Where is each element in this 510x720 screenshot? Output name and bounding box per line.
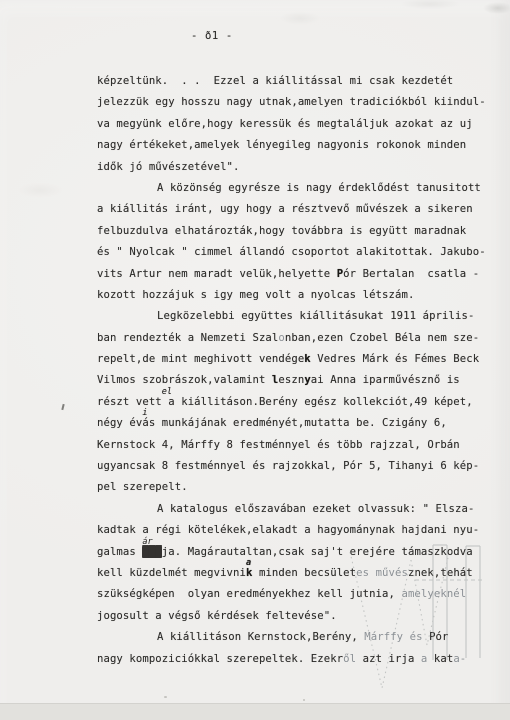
text-line: kadtak a régi kötelékek,elakadt a hagyom… [97,520,497,541]
text-line: képzeltünk. . . Ezzel a kiállitással mi … [97,71,497,92]
text-segment: képzeltünk. . . Ezzel a kiállitással mi … [97,75,453,87]
text-line: ugyancsak 8 festménnyel és rajzokkal, Pó… [97,456,497,477]
text-segment: ja. Magárautaltan,csak saj't erejére tám… [162,546,473,558]
page-number: - ð1 - [191,30,233,42]
text-segment: Márffy és [364,631,429,643]
text-segment: négy év [97,417,142,429]
text-segment: amelyeknél [401,588,466,600]
text-line: A kiállitáson Kernstock,Berény, Márffy é… [97,627,497,648]
text-line: négy éváis munkájának eredményét,mutatta… [97,413,497,434]
inserted-correction: a [246,559,251,568]
text-line: Legközelebbi együttes kiállitásukat 1911… [97,306,497,327]
text-line: Kernstock 4, Márffy 8 festménnyel és töb… [97,435,497,456]
text-segment: znek,tehát [408,567,473,579]
text-segment: azt irja [363,653,415,665]
text-segment: A katalogus előszavában ezeket olvassuk:… [157,503,474,515]
ink-speck [303,699,305,701]
text-segment: kat [434,653,453,665]
text-line: nagy kompoziciókkal szerepeltek. Ezekről… [97,649,497,670]
text-segment: Pór [429,631,448,643]
ink-speck [61,404,64,410]
text-segment: A kiállitáson Kernstock,Berény, [157,631,364,643]
text-segment: jelezzük egy hosszu nagy utnak,amelyen t… [97,96,486,108]
text-segment: eszn [278,374,304,386]
text-segment: Vilmos szobrászok,valamint [97,374,272,386]
text-line: jogosult a végső kérdések feltevése". [97,606,497,627]
text-segment: vits Artur nem maradt velük,helyette [97,268,337,280]
text-segment: pel szerepelt. [97,481,188,493]
text-segment: minden becsület [252,567,356,579]
text-line: galmas ███árja. Magárautaltan,csak saj't… [97,542,497,563]
text-segment: kozott hozzájuk s igy meg volt a nyolcas… [97,289,414,301]
text-segment: ől [343,653,362,665]
text-line: ban rendezték a Nemzeti Szalonban,ezen C… [97,328,497,349]
text-segment: ka [246,567,252,579]
inserted-correction: el [162,388,172,397]
text-line: a kiállitás iránt, ugy hogy a résztvevő … [97,199,497,220]
text-line: A közönség egyrésze is nagy érdeklődést … [97,178,497,199]
text-line: pel szerepelt. [97,477,497,498]
text-segment: ái [142,417,148,429]
text-segment: a kiállitás iránt, ugy hogy a résztvevő … [97,203,473,215]
text-segment: es művés [356,567,408,579]
text-segment: ai Anna iparművésznő is [311,374,460,386]
text-segment: repelt,de mint meghivott vendége [97,353,304,365]
text-line: kozott hozzájuk s igy meg volt a nyolcas… [97,285,497,306]
text-line: idők jó művészetével". [97,157,497,178]
text-line: repelt,de mint meghivott vendégek Vedres… [97,349,497,370]
text-line: kell küzdelmét megvivnika minden becsüle… [97,563,497,584]
text-segment: A közönség egyrésze is nagy érdeklődést … [157,182,481,194]
text-segment: nagy kompoziciókkal szerepeltek. Ezekr [97,653,343,665]
text-line: va megyünk előre,hogy keressük és megtal… [97,114,497,135]
text-segment: ban rendezték a Nemzeti Szal [97,332,278,344]
text-segment: a [414,653,433,665]
text-segment: és " Nyolcak " cimmel állandó csoportot … [97,246,486,258]
document-page: - ð1 - képzeltünk. . . Ezzel a kiállitás… [0,0,510,720]
text-segment: ugyancsak 8 festménnyel és rajzokkal, Pó… [97,460,479,472]
text-line: vits Artur nem maradt velük,helyette Pór… [97,264,497,285]
text-line: nagy értékeket,amelyek lényegileg nagyon… [97,135,497,156]
text-segment: Kernstock 4, Márffy 8 festménnyel és töb… [97,439,460,451]
text-segment: Vedres Márk és Fémes Beck [311,353,479,365]
ink-speck [164,696,167,698]
text-segment: részt vett [97,396,162,408]
text-segment: nban,ezen Czobel Béla nem sze- [285,332,479,344]
text-segment: kell küzdelmét megvivni [97,567,246,579]
text-line: és " Nyolcak " cimmel állandó csoportot … [97,242,497,263]
inserted-correction: i [142,409,147,418]
text-segment: va megyünk előre,hogy keressük és megtal… [97,118,473,130]
text-segment: ór Bertalan csatla - [343,268,479,280]
text-segment: a- [453,653,466,665]
text-segment: s munkájának eredményét,mutatta be. Czig… [149,417,447,429]
page-edge-shadow [0,703,510,720]
struck-word: ███ár [142,546,161,558]
text-segment: Legközelebbi együttes kiállitásukat 1911… [157,310,474,322]
text-line: jelezzük egy hosszu nagy utnak,amelyen t… [97,92,497,113]
text-segment: galmas [97,546,142,558]
text-segment: jogosult a végső kérdések feltevése". [97,610,337,622]
text-line: A katalogus előszavában ezeket olvassuk:… [97,499,497,520]
document-text: képzeltünk. . . Ezzel a kiállitással mi … [97,71,497,670]
inserted-correction: ár [142,538,152,547]
text-segment: kadtak a régi kötelékek,elakadt a hagyom… [97,524,479,536]
text-segment: a kiállitáson.Berény egész kollekciót,49… [162,396,473,408]
text-line: részt vettel a kiállitáson.Berény egész … [97,392,497,413]
text-segment: nagy értékeket,amelyek lényegileg nagyon… [97,139,466,151]
text-line: szükségképen olyan eredményekhez kell ju… [97,584,497,605]
text-line: Vilmos szobrászok,valamint lesznyai Anna… [97,370,497,391]
text-segment: idők jó művészetével". [97,161,240,173]
text-segment: felbuzdulva elhatározták,hogy továbbra i… [97,225,466,237]
text-segment: szükségképen olyan eredményekhez kell ju… [97,588,401,600]
text-line: felbuzdulva elhatározták,hogy továbbra i… [97,221,497,242]
